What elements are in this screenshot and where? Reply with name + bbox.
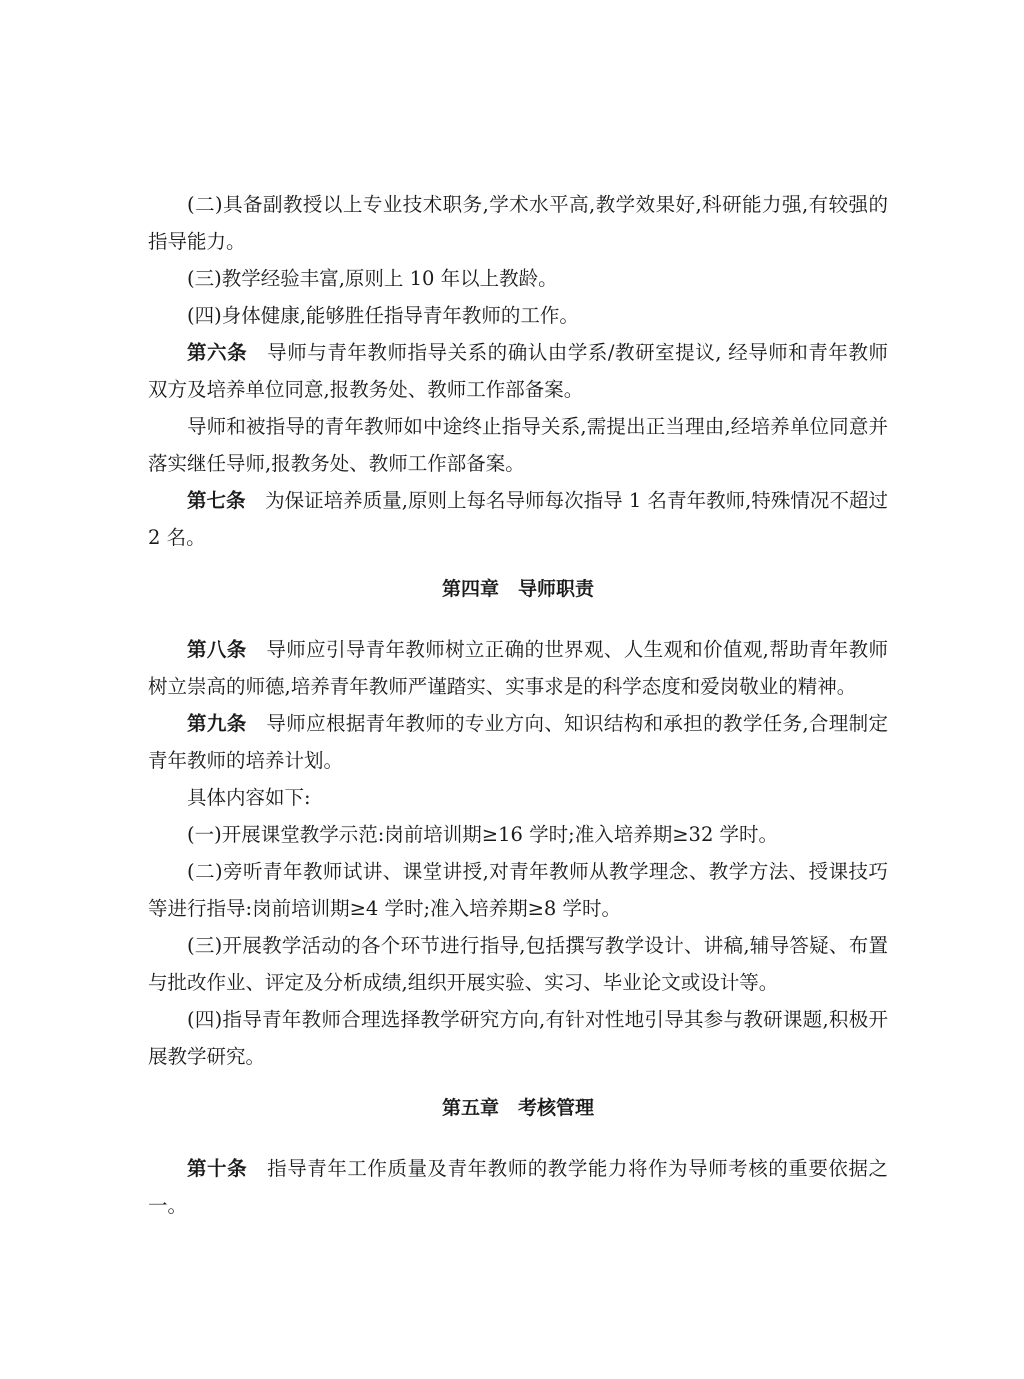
article-text: 导师应引导青年教师树立正确的世界观、人生观和价值观,帮助青年教师树立崇高的师德,… xyxy=(148,638,888,698)
article-text: 导师与青年教师指导关系的确认由学系/教研室提议, 经导师和青年教师双方及培养单位… xyxy=(148,341,888,401)
paragraph-qualification-3: (三)教学经验丰富,原则上 10 年以上教龄。 xyxy=(148,260,888,297)
document-page: (二)具备副教授以上专业技术职务,学术水平高,教学效果好,科研能力强,有较强的指… xyxy=(148,186,888,1224)
article-10: 第十条指导青年工作质量及青年教师的教学能力将作为导师考核的重要依据之一。 xyxy=(148,1150,888,1224)
article-label: 第九条 xyxy=(187,712,247,735)
paragraph-qualification-2: (二)具备副教授以上专业技术职务,学术水平高,教学效果好,科研能力强,有较强的指… xyxy=(148,186,888,260)
article-8: 第八条导师应引导青年教师树立正确的世界观、人生观和价值观,帮助青年教师树立崇高的… xyxy=(148,631,888,705)
paragraph-qualification-4: (四)身体健康,能够胜任指导青年教师的工作。 xyxy=(148,297,888,334)
article-7: 第七条为保证培养质量,原则上每名导师每次指导 1 名青年教师,特殊情况不超过 2… xyxy=(148,482,888,556)
chapter-number: 第五章 xyxy=(442,1097,499,1119)
chapter-heading-4: 第四章导师职责 xyxy=(148,571,888,608)
article-text: 导师应根据青年教师的专业方向、知识结构和承担的教学任务,合理制定青年教师的培养计… xyxy=(148,712,888,772)
chapter-title: 考核管理 xyxy=(518,1097,594,1119)
article-9-item-3: (三)开展教学活动的各个环节进行指导,包括撰写教学设计、讲稿,辅导答疑、布置与批… xyxy=(148,927,888,1001)
chapter-heading-5: 第五章考核管理 xyxy=(148,1090,888,1127)
article-label: 第六条 xyxy=(187,341,247,364)
article-text: 指导青年工作质量及青年教师的教学能力将作为导师考核的重要依据之一。 xyxy=(148,1157,888,1217)
article-6-continuation: 导师和被指导的青年教师如中途终止指导关系,需提出正当理由,经培养单位同意并落实继… xyxy=(148,408,888,482)
article-9-item-1: (一)开展课堂教学示范:岗前培训期≥16 学时;准入培养期≥32 学时。 xyxy=(148,816,888,853)
article-label: 第十条 xyxy=(187,1157,247,1180)
chapter-title: 导师职责 xyxy=(518,578,594,600)
article-9-item-4: (四)指导青年教师合理选择教学研究方向,有针对性地引导其参与教研课题,积极开展教… xyxy=(148,1001,888,1075)
article-9-intro: 具体内容如下: xyxy=(148,779,888,816)
article-9-item-2: (二)旁听青年教师试讲、课堂讲授,对青年教师从教学理念、教学方法、授课技巧等进行… xyxy=(148,853,888,927)
article-9: 第九条导师应根据青年教师的专业方向、知识结构和承担的教学任务,合理制定青年教师的… xyxy=(148,705,888,779)
article-label: 第八条 xyxy=(187,638,247,661)
chapter-number: 第四章 xyxy=(442,578,499,600)
article-6: 第六条导师与青年教师指导关系的确认由学系/教研室提议, 经导师和青年教师双方及培… xyxy=(148,334,888,408)
article-text: 为保证培养质量,原则上每名导师每次指导 1 名青年教师,特殊情况不超过 2 名。 xyxy=(148,489,888,549)
article-label: 第七条 xyxy=(187,489,246,512)
